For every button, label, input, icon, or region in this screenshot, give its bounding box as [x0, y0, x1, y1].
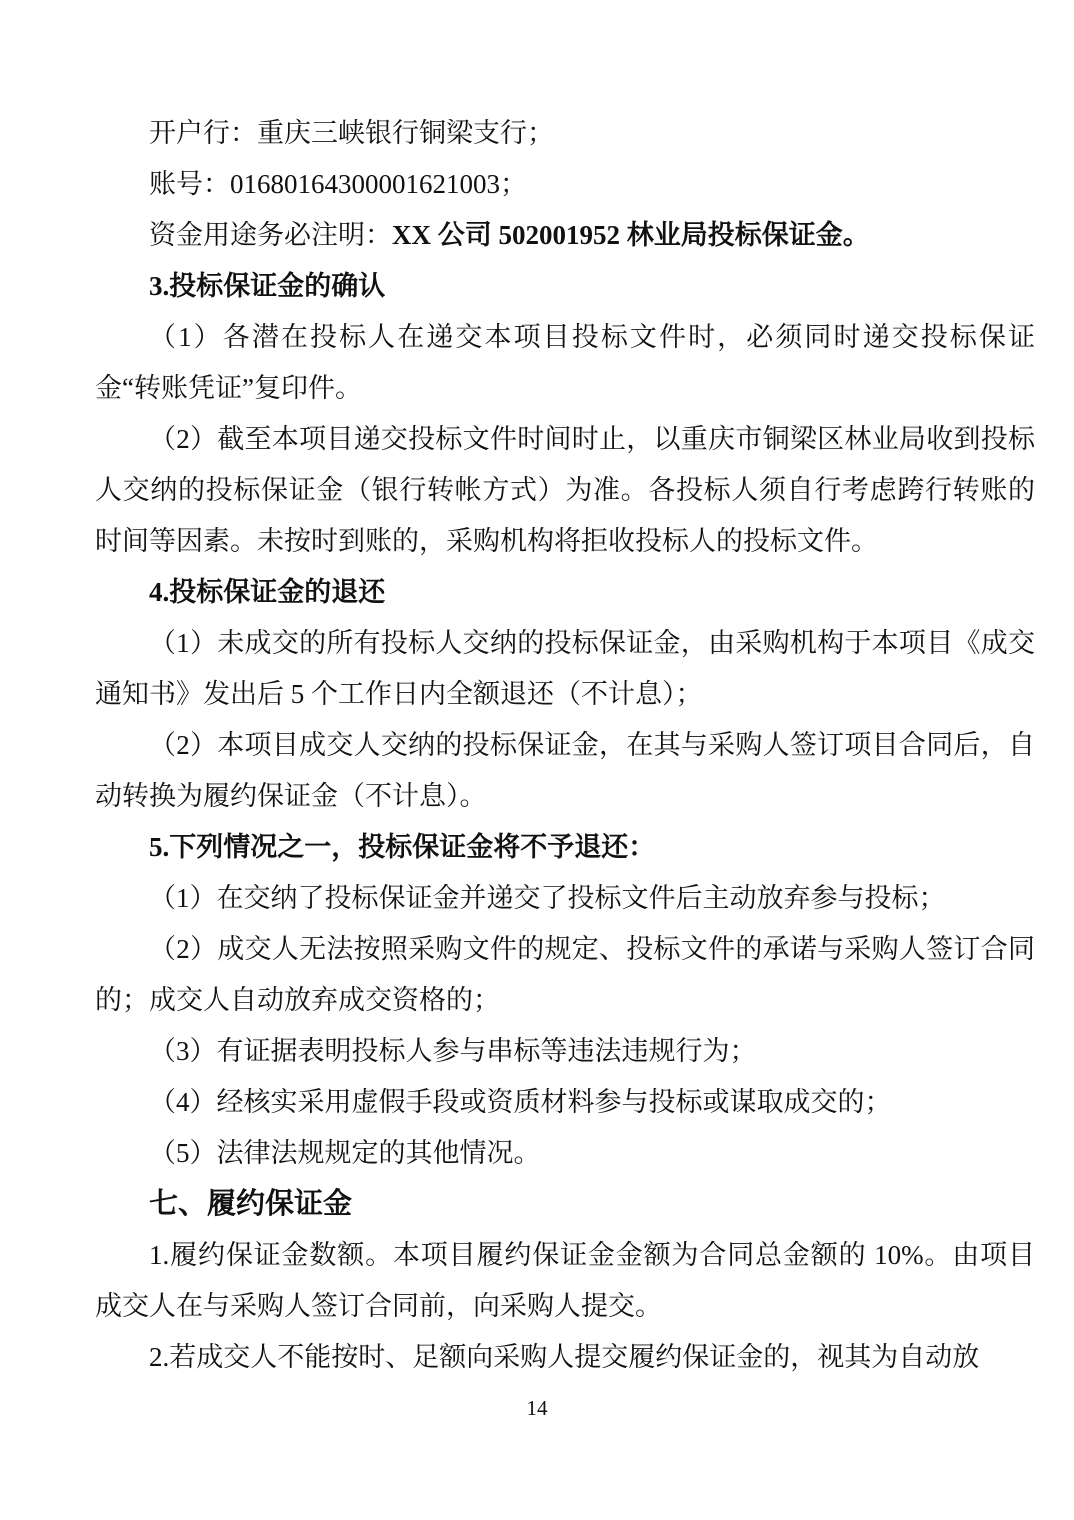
fund-purpose-value: XX 公司 502001952 林业局投标保证金。 — [392, 220, 870, 250]
section4-item2: （2）本项目成交人交纳的投标保证金，在其与采购人签订项目合同后，自动转换为履约保… — [95, 720, 1035, 822]
section3-heading: 3.投标保证金的确认 — [95, 261, 1035, 312]
section4-heading: 4.投标保证金的退还 — [95, 567, 1035, 618]
bank-line: 开户行：重庆三峡银行铜梁支行； — [95, 108, 1035, 159]
section7-item1: 1.履约保证金数额。本项目履约保证金金额为合同总金额的 10%。由项目成交人在与… — [95, 1230, 1035, 1332]
section3-item1: （1）各潜在投标人在递交本项目投标文件时，必须同时递交投标保证金“转账凭证”复印… — [95, 312, 1035, 414]
section3-item2: （2）截至本项目递交投标文件时间时止，以重庆市铜梁区林业局收到投标人交纳的投标保… — [95, 414, 1035, 567]
fund-purpose-line: 资金用途务必注明：XX 公司 502001952 林业局投标保证金。 — [95, 210, 1035, 261]
section5-item5: （5）法律法规规定的其他情况。 — [95, 1128, 1035, 1179]
section7-heading: 七、履约保证金 — [95, 1179, 1035, 1230]
section5-heading: 5.下列情况之一，投标保证金将不予退还： — [95, 822, 1035, 873]
fund-purpose-label: 资金用途务必注明： — [149, 220, 392, 250]
document-page: 开户行：重庆三峡银行铜梁支行； 账号：01680164300001621003；… — [0, 0, 1074, 1520]
page-number: 14 — [0, 1396, 1074, 1421]
section5-item3: （3）有证据表明投标人参与串标等违法违规行为； — [95, 1026, 1035, 1077]
section5-item4: （4）经核实采用虚假手段或资质材料参与投标或谋取成交的； — [95, 1077, 1035, 1128]
section5-item2: （2）成交人无法按照采购文件的规定、投标文件的承诺与采购人签订合同的；成交人自动… — [95, 924, 1035, 1026]
section5-item1: （1）在交纳了投标保证金并递交了投标文件后主动放弃参与投标； — [95, 873, 1035, 924]
section7-item2: 2.若成交人不能按时、足额向采购人提交履约保证金的，视其为自动放 — [95, 1332, 1035, 1383]
section4-item1: （1）未成交的所有投标人交纳的投标保证金，由采购机构于本项目《成交通知书》发出后… — [95, 618, 1035, 720]
account-line: 账号：01680164300001621003； — [95, 159, 1035, 210]
document-body: 开户行：重庆三峡银行铜梁支行； 账号：01680164300001621003；… — [95, 108, 1035, 1383]
